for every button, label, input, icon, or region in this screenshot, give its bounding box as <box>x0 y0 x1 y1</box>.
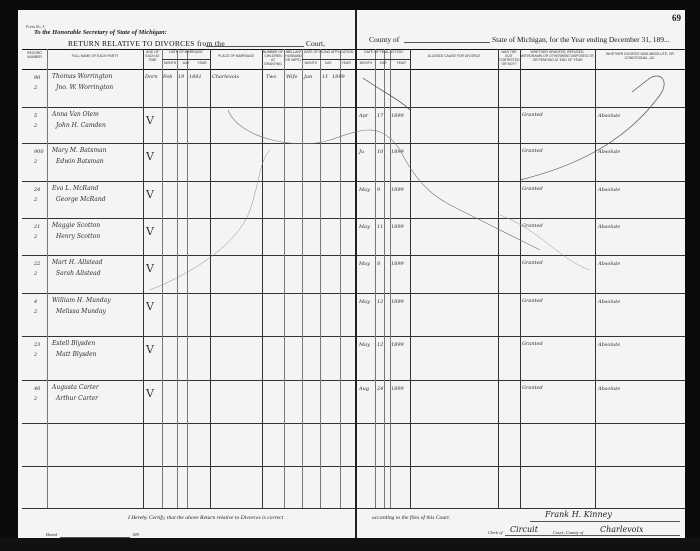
dated-line <box>60 537 130 538</box>
certify-text-left: I Hereby Certify, that the above Return … <box>128 515 283 521</box>
court-line <box>505 535 680 536</box>
clerk-signature: Frank H. Kinney <box>545 510 612 519</box>
pencil-annotation-strokes <box>0 0 700 551</box>
dated-label: Dated <box>46 532 57 537</box>
court-name: Circuit <box>510 525 538 534</box>
clerk-of-label: Clerk of <box>488 530 503 535</box>
signature-line <box>530 521 680 522</box>
certify-text-right: according to the files of this Court. <box>372 515 450 521</box>
county-name: Charlevoix <box>600 525 644 534</box>
dated-year-suffix: 189 <box>132 532 139 537</box>
